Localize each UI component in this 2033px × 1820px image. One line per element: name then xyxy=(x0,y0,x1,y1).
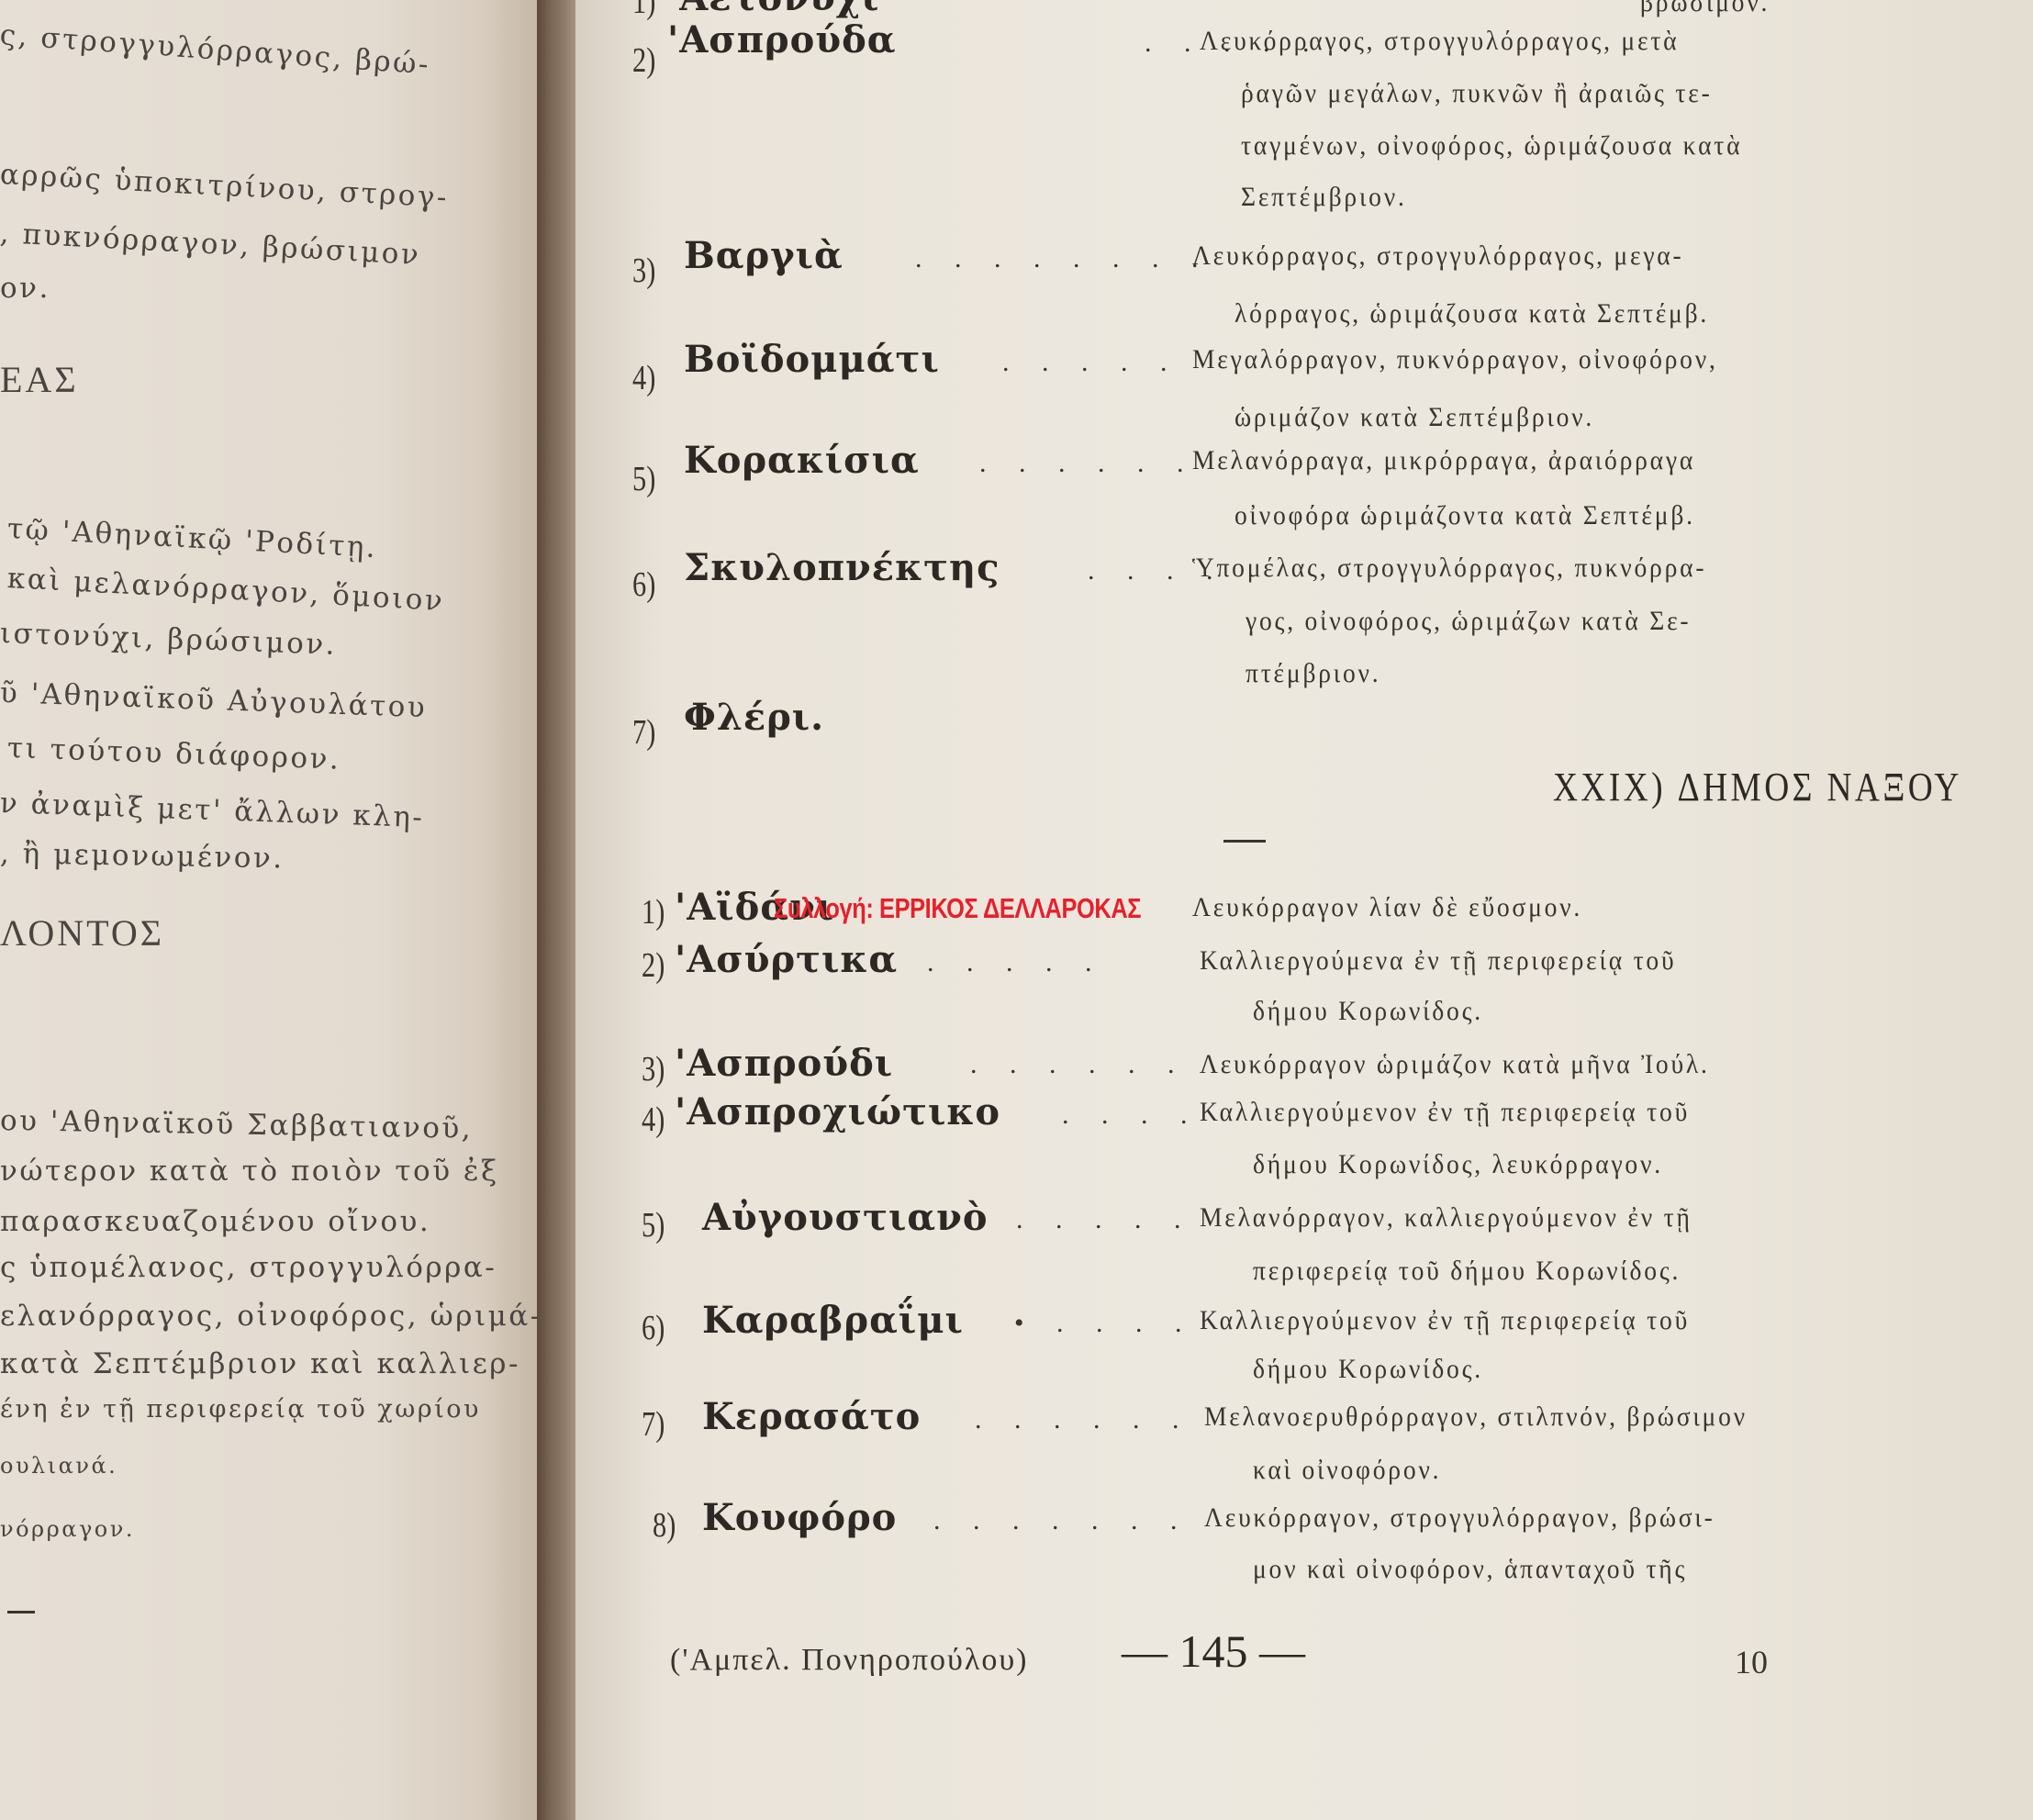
variety-description: Μεγαλόρραγον, πυκνόρραγον, οἰνοφόρον, xyxy=(1192,344,1718,375)
left-text-line: ον. xyxy=(0,272,50,305)
item-number: 4) xyxy=(632,358,655,398)
section-divider xyxy=(1223,840,1266,843)
variety-name: Κουφόρο xyxy=(702,1496,897,1539)
item-number: 3) xyxy=(642,1049,665,1089)
variety-name: Σκυλοπνέκτης xyxy=(684,546,1000,589)
variety-description: Λευκόρραγον λίαν δὲ εὔοσμον. xyxy=(1192,892,1582,923)
variety-name: 'Ασύρτικα xyxy=(675,938,898,981)
left-heading: ΛΟΝΤΟΣ xyxy=(0,911,164,955)
leader-dots: • . . . . xyxy=(1014,1308,1195,1339)
left-text-line: κατὰ Σεπτέμβριον καὶ καλλιερ- xyxy=(0,1347,520,1380)
variety-name: Κορακίσια xyxy=(684,439,920,482)
item-number: 3) xyxy=(632,251,655,291)
page-number: — 145 — xyxy=(1122,1625,1305,1678)
leader-dots: . . . . . . . . xyxy=(915,243,1212,274)
left-text-line: , πυκνόρραγον, βρώσιμον xyxy=(0,217,421,272)
item-number: 8) xyxy=(653,1505,676,1546)
left-text-line: ς, στρογγυλόρραγος, βρώ- xyxy=(0,18,431,82)
variety-name: Αὐγουστιανὸ xyxy=(702,1196,989,1239)
variety-description: δήμου Κορωνίδος, λευκόρραγον. xyxy=(1253,1149,1663,1180)
leader-dots: . . . . . xyxy=(1002,347,1180,378)
book-gutter xyxy=(537,0,575,1820)
item-number: 2) xyxy=(642,945,665,986)
leader-dots: . . . . . . . xyxy=(933,1505,1190,1536)
item-number: 1) xyxy=(642,892,665,932)
left-text-line: ου 'Αθηναϊκοῦ Σαββατιανοῦ, xyxy=(0,1104,474,1145)
variety-description: δήμου Κορωνίδος. xyxy=(1253,996,1483,1027)
variety-description: καὶ οἰνοφόρον. xyxy=(1253,1455,1441,1486)
variety-description: μον καὶ οἰνοφόρον, ἁπανταχοῦ τῆς xyxy=(1253,1554,1687,1585)
variety-name: 'Ασπρούδι xyxy=(675,1042,893,1085)
left-dash xyxy=(7,1611,35,1613)
variety-description: ὡριμάζον κατὰ Σεπτέμβριον. xyxy=(1234,402,1594,433)
variety-description: Μελανόρραγον, καλλιεργούμενον ἐν τῇ xyxy=(1200,1202,1692,1234)
leader-dots: . . . . . . xyxy=(979,448,1197,479)
variety-name: Φλέρι. xyxy=(684,696,824,739)
left-text-line: τῷ 'Αθηναϊκῷ 'Ροδίτῃ. xyxy=(6,512,378,564)
left-text-line: καὶ μελανόρραγον, ὅμοιον xyxy=(6,562,445,618)
leader-dots: . . . . . . xyxy=(975,1404,1192,1435)
leader-dots: . . . . . . xyxy=(970,1049,1188,1080)
variety-description: Καλλιεργούμενα ἐν τῇ περιφερείᾳ τοῦ xyxy=(1200,945,1676,977)
item-number: 4) xyxy=(642,1100,665,1140)
left-text-line: ῦ 'Αθηναϊκοῦ Αὐγουλάτου xyxy=(0,676,428,724)
variety-description: πτέμβριον. xyxy=(1245,658,1380,689)
variety-name: Βαργιὰ xyxy=(684,234,843,277)
variety-description: Μελανόρραγα, μικρόρραγα, ἀραιόρραγα xyxy=(1192,445,1695,476)
item-number: 1) xyxy=(632,0,655,22)
left-text-line: ιστονύχι, βρώσιμον. xyxy=(0,617,338,662)
variety-description: Λευκόρραγον, στρογγυλόρραγον, βρώσι- xyxy=(1204,1502,1715,1534)
variety-description: περιφερείᾳ τοῦ δήμου Κορωνίδος. xyxy=(1253,1256,1681,1287)
leader-dots: . . . . . xyxy=(1016,1204,1194,1235)
left-text-line: ελανόρραγος, οἰνοφόρος, ὡριμά- xyxy=(0,1300,537,1333)
variety-name: Καραβραΐμι xyxy=(702,1299,964,1342)
item-number: 5) xyxy=(642,1205,665,1245)
left-text-line: ν ἀναμὶξ μετ' ἄλλων κλη- xyxy=(0,787,425,834)
left-text-line: , ἢ μεμονωμένον. xyxy=(0,837,285,875)
left-text-line: ένη ἐν τῇ περιφερείᾳ τοῦ χωρίου xyxy=(0,1395,481,1424)
variety-description: Λευκόρραγον ὡριμάζον κατὰ μῆνα Ἰούλ. xyxy=(1200,1049,1710,1080)
variety-description: Καλλιεργούμενον ἐν τῇ περιφερείᾳ τοῦ xyxy=(1200,1097,1690,1128)
left-text-line: τι τούτου διάφορον. xyxy=(6,731,341,776)
variety-description: Σεπτέμβριον. xyxy=(1241,182,1407,213)
item-number: 6) xyxy=(632,564,655,605)
item-number: 7) xyxy=(642,1404,665,1445)
variety-name: 'Ασπρούδα xyxy=(667,18,897,61)
variety-description: οἰνοφόρα ὡριμάζοντα κατὰ Σεπτέμβ. xyxy=(1234,500,1695,531)
section-title: XXIX) ΔΗΜΟΣ ΝΑΞΟΥ xyxy=(1553,764,1962,810)
item-number: 2) xyxy=(632,40,655,81)
variety-name: 'Αετονύχι xyxy=(667,0,879,19)
item-number: 5) xyxy=(632,459,655,499)
left-heading: ΕΑΣ xyxy=(0,358,79,401)
leader-dots: . . . . xyxy=(1062,1100,1201,1131)
variety-description: δήμου Κορωνίδος. xyxy=(1253,1354,1483,1385)
item-number: 6) xyxy=(642,1308,665,1348)
collection-watermark: Συλλογή: ΕΡΡΙΚΟΣ ΔΕΛΛΑΡΟΚΑΣ xyxy=(774,892,1141,925)
variety-name: 'Ασπροχιώτικο xyxy=(675,1090,1000,1133)
left-text-line: ουλιανά. xyxy=(0,1453,117,1479)
signature-mark: 10 xyxy=(1735,1643,1768,1681)
variety-description: Ὑπομέλας, στρογγυλόρραγος, πυκνόρρα- xyxy=(1192,553,1706,584)
variety-description: Καλλιεργούμενον ἐν τῇ περιφερείᾳ τοῦ xyxy=(1200,1305,1690,1336)
left-text-line: αρρῶς ὑποκιτρίνου, στρογ- xyxy=(0,158,450,215)
variety-description: ῥαγῶν μεγάλων, πυκνῶν ἢ ἀραιῶς τε- xyxy=(1241,78,1713,109)
left-text-line: ς ὑπομέλανος, στρογγυλόρρα- xyxy=(0,1251,497,1284)
left-text-line: νόρραγον. xyxy=(0,1516,135,1542)
variety-name: Κερασάτο xyxy=(702,1395,921,1438)
item-number: 7) xyxy=(632,712,655,753)
left-text-line: νώτερον κατὰ τὸ ποιὸν τοῦ ἐξ xyxy=(0,1155,499,1188)
variety-description: γος, οἰνοφόρος, ὡριμάζων κατὰ Σε- xyxy=(1245,606,1691,637)
leader-dots: . . . . . . xyxy=(888,947,1105,978)
variety-description: λόρραγος, ὡριμάζουσα κατὰ Σεπτέμβ. xyxy=(1234,298,1709,329)
variety-name: Βοϊδομμάτι xyxy=(684,338,940,381)
left-page: ς, στρογγυλόρραγος, βρώ- αρρῶς ὑποκιτρίν… xyxy=(0,0,537,1820)
variety-description: Λευκόρραγος, στρογγυλόρραγος, μετὰ xyxy=(1200,26,1679,57)
variety-description: ταγμένων, οἰνοφόρος, ὡριμάζουσα κατὰ xyxy=(1241,130,1742,162)
variety-description: Λευκόρραγος, στρογγυλόρραγος, μεγα- xyxy=(1192,240,1683,272)
variety-description: Μελανοερυθρόρραγον, στιλπνόν, βρώσιμον xyxy=(1204,1401,1748,1433)
footer-source: ('Αμπελ. Πονηροπούλου) xyxy=(670,1643,1028,1678)
variety-description: βρώσιμον. xyxy=(1640,0,1770,18)
left-text-line: παρασκευαζομένου οἴνου. xyxy=(0,1205,430,1238)
